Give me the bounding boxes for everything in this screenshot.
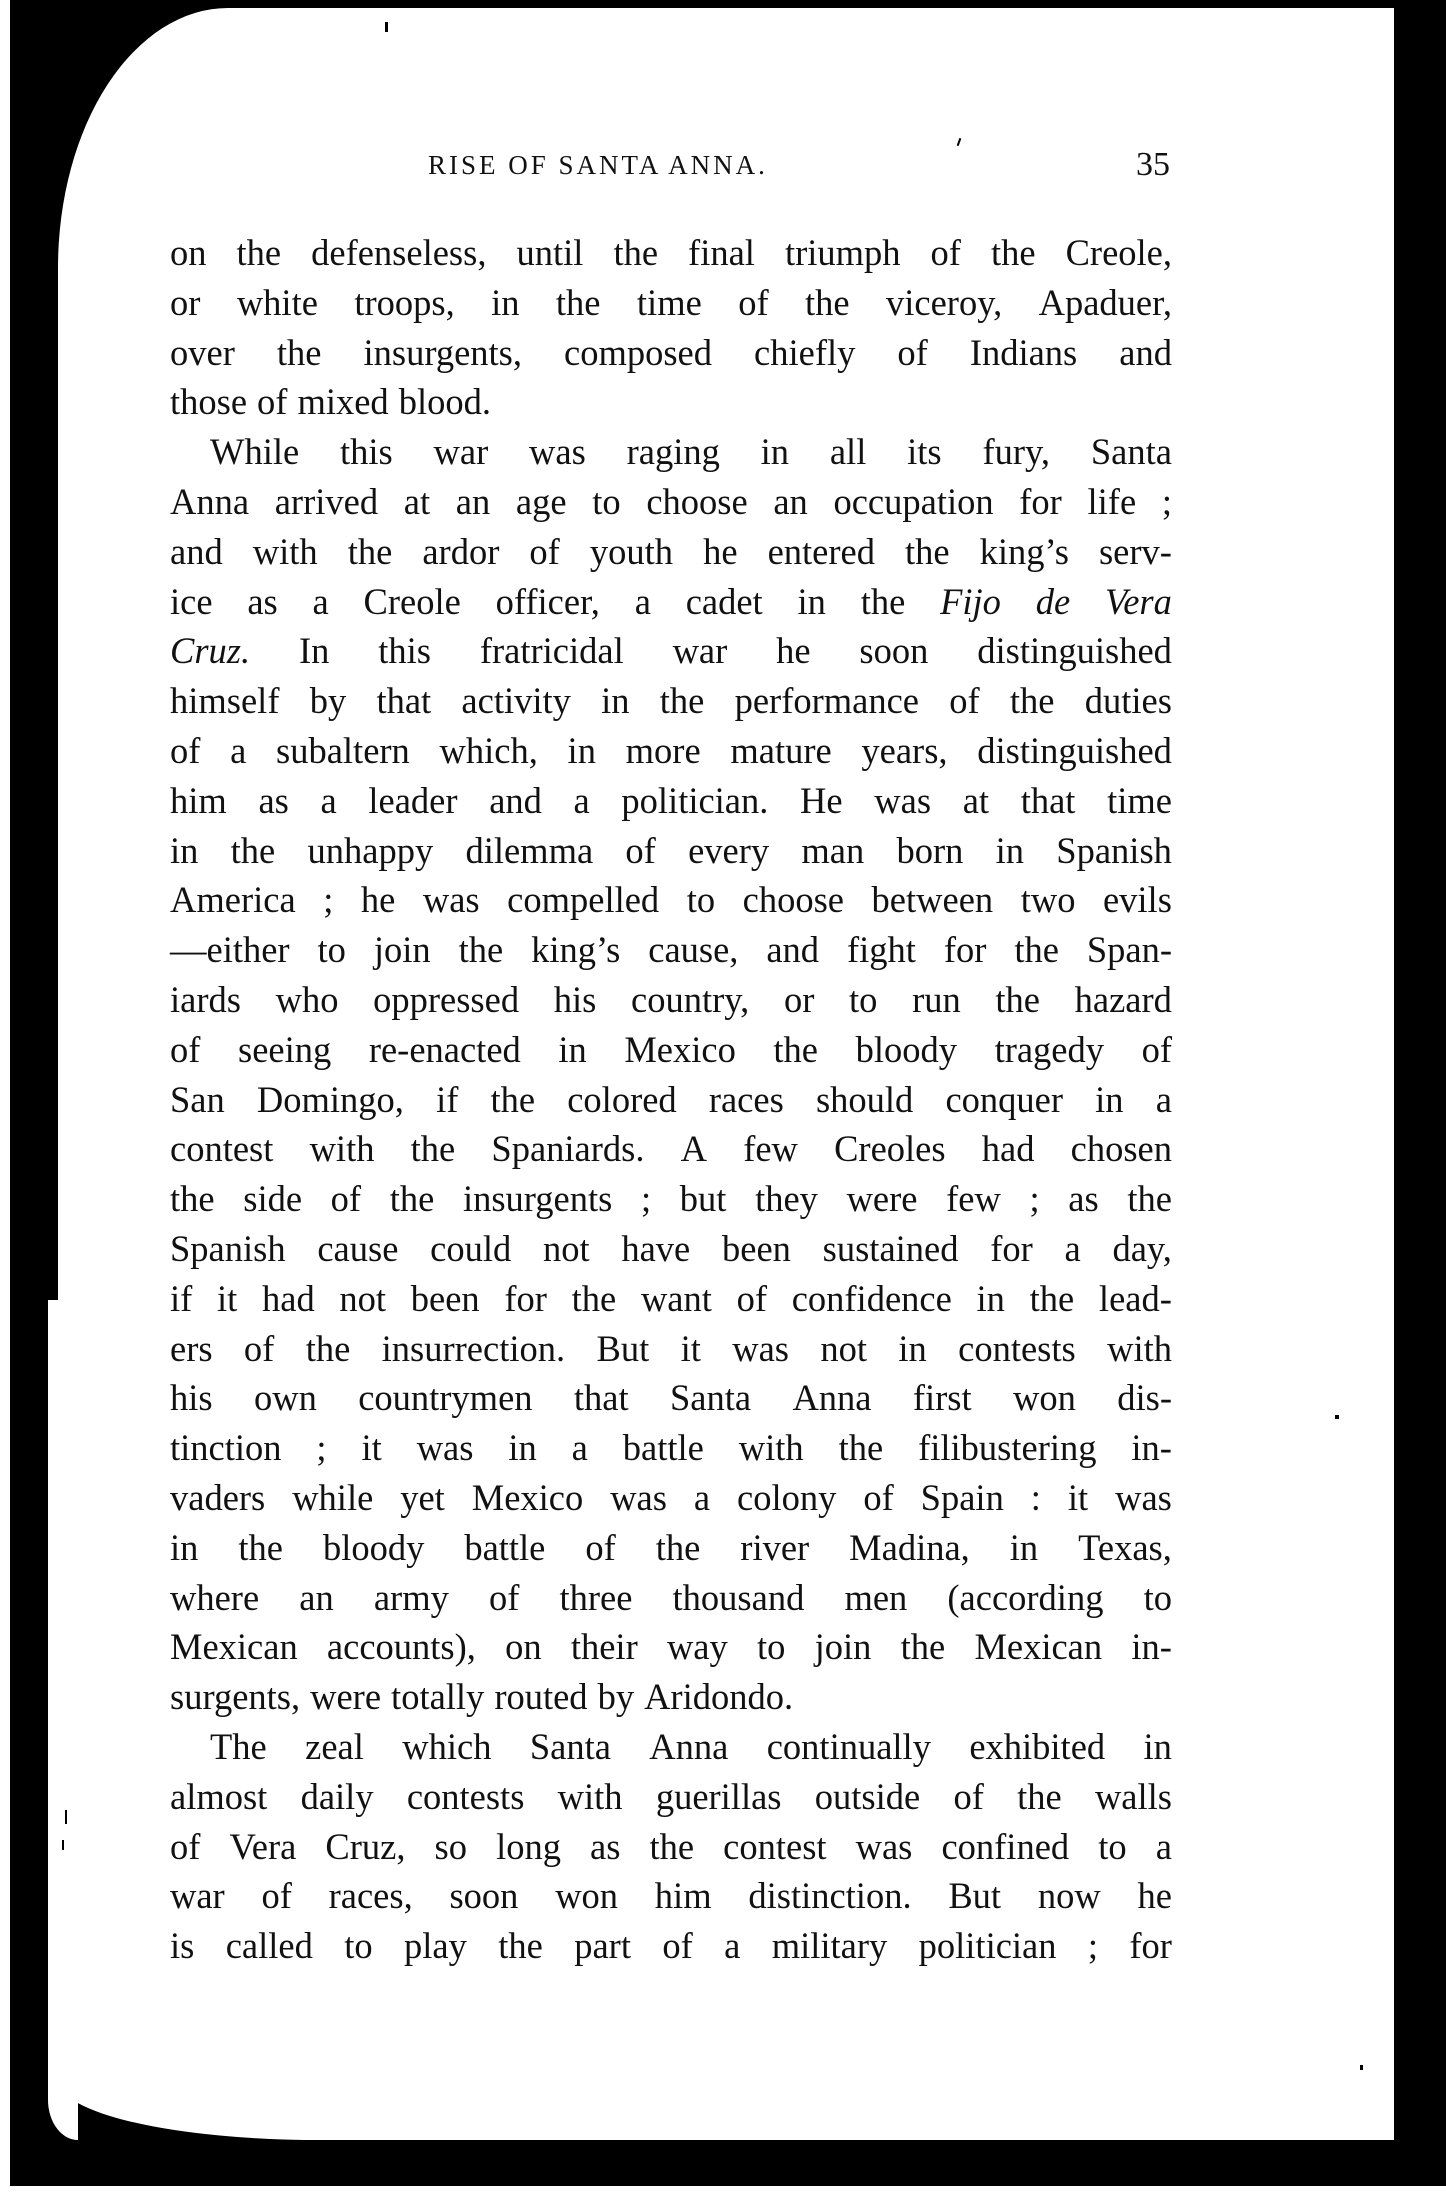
text-line: Cruz.Inthisfratricidalwarhesoondistingui… [170, 626, 1172, 676]
word: of [625, 826, 655, 876]
word: king’s [980, 527, 1069, 577]
word: it [217, 1274, 237, 1324]
word: Mexican [170, 1622, 298, 1672]
word: battle [623, 1423, 704, 1473]
word: not [543, 1224, 590, 1274]
word: could [430, 1224, 511, 1274]
scan-speck [385, 22, 388, 32]
word: a [230, 726, 246, 776]
word: iards [170, 975, 241, 1025]
word: ; [1088, 1921, 1098, 1971]
word: join [815, 1622, 872, 1672]
text-line: Spanishcausecouldnothavebeensustainedfor… [170, 1224, 1172, 1274]
word: the [1014, 925, 1059, 975]
word: that [574, 1373, 629, 1423]
word: until [516, 228, 583, 278]
word: conquer [945, 1075, 1063, 1125]
word: to [757, 1622, 785, 1672]
word: cadet [686, 577, 763, 627]
word: all [830, 427, 866, 477]
word: but [680, 1174, 727, 1224]
word: ardor [422, 527, 499, 577]
word: America [170, 875, 296, 925]
word: a [1156, 1075, 1172, 1125]
word: he [776, 626, 810, 676]
word: the [556, 278, 601, 328]
word: : [1031, 1473, 1041, 1523]
word: hazard [1075, 975, 1172, 1025]
word: in [508, 1423, 536, 1473]
word: who [276, 975, 339, 1025]
word: in [601, 676, 629, 726]
word: to [687, 875, 715, 925]
text-line: hisowncountrymenthatSantaAnnafirstwondis… [170, 1373, 1172, 1423]
word: in [996, 826, 1024, 876]
word: the [277, 328, 322, 378]
word: at [963, 776, 989, 826]
word: leader [368, 776, 457, 826]
word: now [1038, 1871, 1101, 1921]
word: the [491, 1075, 536, 1125]
word: not [339, 1274, 386, 1324]
word: in- [1131, 1622, 1172, 1672]
text-line: tinction;itwasinabattlewiththefilibuster… [170, 1423, 1172, 1473]
word: age [516, 477, 567, 527]
word: of [261, 1871, 291, 1921]
word: life [1088, 477, 1137, 527]
word: it [681, 1324, 701, 1374]
word: of [662, 1921, 692, 1971]
page-number: 35 [1136, 140, 1170, 190]
word: Creoles [834, 1124, 946, 1174]
text-line: SanDomingo,ifthecoloredracesshouldconque… [170, 1075, 1172, 1125]
word: the [238, 1523, 283, 1573]
word: those [170, 377, 247, 427]
text-line: almostdailycontestswithguerillasoutsideo… [170, 1772, 1172, 1822]
word: bloody [323, 1523, 424, 1573]
text-line: andwiththeardorofyouthheenteredtheking’s… [170, 527, 1172, 577]
word: chiefly [754, 328, 855, 378]
word: for [944, 925, 987, 975]
word: arrived [275, 477, 378, 527]
page-header: RISE OF SANTA ANNA. 35 [170, 140, 1170, 190]
word: Santa [670, 1373, 751, 1423]
word: occupation [833, 477, 993, 527]
word: ice [170, 577, 213, 627]
word: the [995, 975, 1040, 1025]
word: chosen [1071, 1124, 1172, 1174]
word: in [798, 577, 826, 627]
word: king’s [531, 925, 620, 975]
word: the [411, 1124, 456, 1174]
word: the [613, 228, 658, 278]
word: an [456, 477, 490, 527]
word: in [1095, 1075, 1123, 1125]
word: the [1030, 1274, 1075, 1324]
word: to [849, 975, 877, 1025]
word: he [361, 875, 395, 925]
word: been [722, 1224, 791, 1274]
word: colony [737, 1473, 836, 1523]
word: a [313, 577, 329, 627]
word: had [262, 1274, 315, 1324]
word: is [170, 1921, 194, 1971]
word: countrymen [358, 1373, 532, 1423]
word: join [374, 925, 431, 975]
word: to [1144, 1573, 1172, 1623]
word: Anna [170, 477, 249, 527]
word: on [505, 1622, 542, 1672]
word: for [504, 1274, 547, 1324]
word: part [574, 1921, 631, 1971]
word: his [170, 1373, 213, 1423]
word: A [681, 1124, 707, 1174]
word: lead- [1099, 1274, 1172, 1324]
word: politician [919, 1921, 1057, 1971]
word: blood. [399, 377, 491, 427]
word: been [411, 1274, 480, 1324]
word: of [331, 1174, 361, 1224]
word: battle [464, 1523, 545, 1573]
word: men [844, 1573, 907, 1623]
word: Cruz. [170, 626, 250, 676]
word: years, [861, 726, 947, 776]
word: triumph [785, 228, 901, 278]
word: for [1129, 1921, 1172, 1971]
word: to [592, 477, 620, 527]
word: in- [1131, 1423, 1172, 1473]
word: Indians [970, 328, 1077, 378]
word: a [574, 776, 590, 826]
word: of [170, 726, 200, 776]
word: final [688, 228, 755, 278]
word: a [1156, 1822, 1172, 1872]
word: seeing [238, 1025, 331, 1075]
word: a [635, 577, 651, 627]
word: was [423, 875, 480, 925]
word: accounts), [327, 1622, 476, 1672]
word: a [1065, 1224, 1081, 1274]
word: subaltern [276, 726, 410, 776]
word: sustained [823, 1224, 959, 1274]
word: at [404, 477, 430, 527]
word: two [1021, 875, 1076, 925]
word: between [872, 875, 994, 925]
word: ; [323, 875, 333, 925]
word: side [243, 1174, 302, 1224]
word: was [874, 776, 931, 826]
word: guerillas [656, 1772, 782, 1822]
word: the [1127, 1174, 1172, 1224]
word: insurgents, [363, 328, 522, 378]
word: composed [564, 328, 712, 378]
word: of [1142, 1025, 1172, 1075]
word: the [498, 1921, 543, 1971]
word: in [898, 1324, 926, 1374]
text-line: Whilethiswarwasraginginallitsfury,Santa [170, 427, 1172, 477]
word: thousand [673, 1573, 805, 1623]
word: with [558, 1772, 623, 1822]
word: youth [590, 527, 673, 577]
word: the [390, 1174, 435, 1224]
word: or [784, 975, 814, 1025]
word: the [861, 577, 906, 627]
word: of [585, 1523, 615, 1573]
word: he [703, 527, 737, 577]
text-line: ofasubalternwhich,inmorematureyears,dist… [170, 726, 1172, 776]
word: were [847, 1174, 918, 1224]
word: fratricidal [480, 626, 624, 676]
word: which, [440, 726, 538, 776]
word: war [434, 427, 489, 477]
word: was [529, 427, 586, 477]
word: races [709, 1075, 784, 1125]
word: and [489, 776, 542, 826]
word: for [1019, 477, 1062, 527]
word: him [170, 776, 227, 826]
word: it [361, 1423, 381, 1473]
word: own [254, 1373, 317, 1423]
word: of [244, 1324, 274, 1374]
word: soon [449, 1871, 518, 1921]
word: distinction. [748, 1871, 911, 1921]
word: Domingo, [257, 1075, 404, 1125]
word: run [912, 975, 961, 1025]
scan-speck [1360, 2065, 1363, 2070]
word: that [1021, 776, 1076, 826]
word: San [170, 1075, 225, 1125]
text-line: Mexicanaccounts),ontheirwaytojointheMexi… [170, 1622, 1172, 1672]
word: cause [317, 1224, 398, 1274]
word: the [839, 1423, 884, 1473]
word: in [558, 1025, 586, 1075]
word: troops, [354, 278, 454, 328]
word: ; [1162, 477, 1172, 527]
word: of [949, 676, 979, 726]
word: was [610, 1473, 667, 1523]
word: Apaduer, [1039, 278, 1172, 328]
word: the [1010, 676, 1055, 726]
word: soon [859, 626, 928, 676]
word: war [170, 1871, 225, 1921]
word: to [318, 925, 346, 975]
word: fury, [982, 427, 1050, 477]
word: few [743, 1124, 798, 1174]
word: their [571, 1622, 638, 1672]
word: re-enacted [369, 1025, 521, 1075]
word: Anna [649, 1722, 728, 1772]
word: in [1144, 1722, 1172, 1772]
word: river [740, 1523, 809, 1573]
word: where [170, 1573, 259, 1623]
word: continually [767, 1722, 931, 1772]
word: by [310, 676, 347, 726]
word: mature [730, 726, 831, 776]
text-line: ofVeraCruz,solongasthecontestwasconfined… [170, 1822, 1172, 1872]
word: tragedy [995, 1025, 1104, 1075]
word: country, [631, 975, 749, 1025]
word: ers [170, 1324, 213, 1374]
word: compelled [507, 875, 659, 925]
word: his [554, 975, 597, 1025]
word: Aridondo. [644, 1672, 793, 1722]
word: routed [494, 1672, 587, 1722]
word: of [953, 1772, 983, 1822]
word: yet [400, 1473, 445, 1523]
text-line: whereanarmyofthreethousandmen(accordingt… [170, 1573, 1172, 1623]
word: choose [646, 477, 747, 527]
word: entered [768, 527, 875, 577]
word: by [598, 1672, 635, 1722]
word: dis- [1117, 1373, 1172, 1423]
word: Texas, [1078, 1523, 1172, 1573]
word: Spanish [1056, 826, 1172, 876]
word: He [800, 776, 843, 826]
word: defenseless, [311, 228, 486, 278]
word: the [656, 1523, 701, 1573]
word: dilemma [465, 826, 593, 876]
word: want [641, 1274, 712, 1324]
word: the [572, 1274, 617, 1324]
word: as [258, 776, 288, 826]
word: (according [947, 1573, 1103, 1623]
word: the [901, 1622, 946, 1672]
word: fight [847, 925, 916, 975]
text-line: iardswhooppressedhiscountry,ortoruntheha… [170, 975, 1172, 1025]
word: with [253, 527, 318, 577]
word: Fijo [940, 577, 1001, 627]
word: that [376, 676, 431, 726]
word: mixed [297, 377, 388, 427]
word: daily [301, 1772, 374, 1822]
word: its [907, 427, 942, 477]
word: in [170, 1523, 198, 1573]
text-line: ThezealwhichSantaAnnacontinuallyexhibite… [170, 1722, 1172, 1772]
word: Santa [1091, 427, 1172, 477]
word: tinction [170, 1423, 282, 1473]
word: Cruz, [325, 1822, 405, 1872]
word: almost [170, 1772, 267, 1822]
word: have [621, 1224, 690, 1274]
text-line: America;hewascompelledtochoosebetweentwo… [170, 875, 1172, 925]
word: was [856, 1822, 913, 1872]
word: with [310, 1124, 375, 1174]
word: of [489, 1573, 519, 1623]
text-line: thoseofmixedblood. [170, 377, 1172, 427]
word: totally [391, 1672, 484, 1722]
word: a [724, 1921, 740, 1971]
word: Spain [921, 1473, 1004, 1523]
word: time [637, 278, 702, 328]
text-line: inthebloodybattleoftheriverMadina,inTexa… [170, 1523, 1172, 1573]
word: choose [743, 875, 844, 925]
word: contest [723, 1822, 826, 1872]
word: they [755, 1174, 818, 1224]
word: But [948, 1871, 1001, 1921]
word: filibustering [918, 1423, 1096, 1473]
word: of [170, 1822, 200, 1872]
word: more [626, 726, 701, 776]
scan-speck [1335, 1415, 1339, 1419]
word: day, [1112, 1224, 1171, 1274]
word: Creole [364, 577, 461, 627]
word: of [897, 328, 927, 378]
word: bloody [856, 1025, 957, 1075]
word: Span- [1087, 925, 1172, 975]
text-line: orwhitetroops,inthetimeoftheviceroy,Apad… [170, 278, 1172, 328]
word: of [737, 1274, 767, 1324]
word: few [946, 1174, 1001, 1224]
word: as [590, 1822, 620, 1872]
running-title: RISE OF SANTA ANNA. [428, 140, 768, 190]
word: in [977, 1274, 1005, 1324]
word: outside [815, 1772, 920, 1822]
word: should [816, 1075, 913, 1125]
scan-speck [65, 1810, 67, 1824]
word: de [1036, 577, 1070, 627]
word: the [170, 1174, 215, 1224]
word: of [738, 278, 768, 328]
word: While [210, 427, 299, 477]
word: ; [316, 1423, 326, 1473]
word: had [982, 1124, 1035, 1174]
page-edge [48, 1300, 78, 2140]
text-line: ersoftheinsurrection.Butitwasnotincontes… [170, 1324, 1172, 1374]
word: so [435, 1822, 467, 1872]
word: if [170, 1274, 192, 1324]
word: army [374, 1573, 449, 1623]
word: the [348, 527, 393, 577]
word: himself [170, 676, 279, 726]
word: the [650, 1822, 695, 1872]
word: the [231, 826, 276, 876]
word: long [496, 1822, 561, 1872]
word: the [905, 527, 950, 577]
word: won [555, 1871, 618, 1921]
word: an [299, 1573, 333, 1623]
word: an [773, 477, 807, 527]
word: and [766, 925, 819, 975]
word: way [667, 1622, 728, 1672]
text-line: vaderswhileyetMexicowasacolonyofSpain:it… [170, 1473, 1172, 1523]
word: not [820, 1324, 867, 1374]
word: Spaniards. [491, 1124, 644, 1174]
word: of [529, 527, 559, 577]
word: Vera [1105, 577, 1172, 627]
word: he [1137, 1871, 1171, 1921]
word: war [673, 626, 728, 676]
word: this [378, 626, 431, 676]
word: or [170, 278, 200, 328]
word: time [1107, 776, 1172, 826]
text-line: iceasaCreoleofficer,acadetintheFijodeVer… [170, 577, 1172, 627]
word: while [292, 1473, 373, 1523]
word: with [739, 1423, 804, 1473]
word: three [559, 1573, 632, 1623]
word: the [306, 1324, 351, 1374]
word: as [247, 577, 277, 627]
text-line: intheunhappydilemmaofeverymanborninSpani… [170, 826, 1172, 876]
word: of [170, 1025, 200, 1075]
word: zeal [305, 1722, 364, 1772]
word: exhibited [969, 1722, 1105, 1772]
word: military [772, 1921, 888, 1971]
word: him [655, 1871, 712, 1921]
word: raging [627, 427, 720, 477]
word: ; [641, 1174, 651, 1224]
word: evils [1103, 875, 1172, 925]
word: But [596, 1324, 649, 1374]
